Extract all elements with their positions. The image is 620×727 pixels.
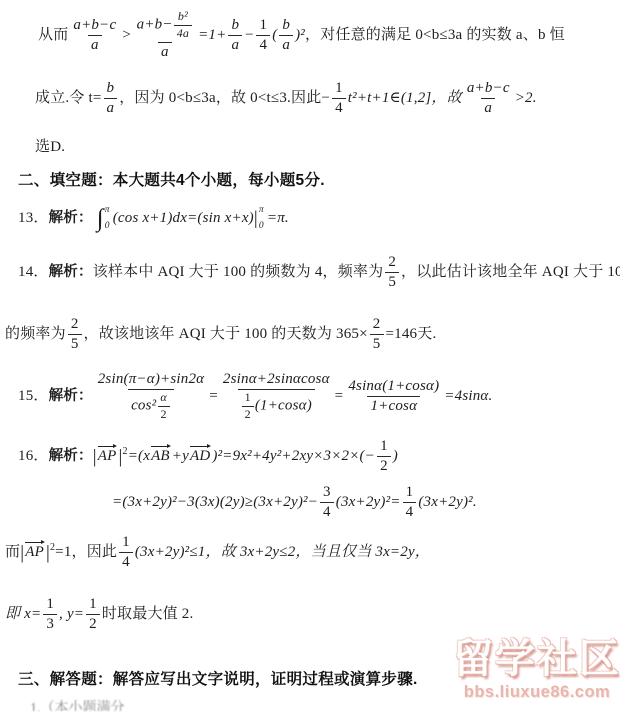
fraction: 12: [377, 438, 391, 476]
fraction: a+b−ca: [464, 80, 513, 118]
fraction: ba: [104, 80, 118, 118]
fraction: 2sin(π−α)+sin2αcos²α2: [95, 371, 208, 422]
solution-16-line-1: 16．解析：|AP|2=(xAB+yAD)²=9x²+4y²+2xy×3×2×(…: [18, 438, 398, 476]
vector-AD: AD: [190, 447, 210, 464]
cut-off-line: 1.（本小题满分: [30, 697, 360, 711]
fraction: 25: [385, 254, 399, 292]
integral-limits: π0: [105, 206, 110, 231]
text-run: 该样本中 AQI 大于 100 的频数为 4，频率为: [93, 264, 384, 280]
analysis-label: 解析：: [49, 388, 93, 404]
problem-number: 15．: [18, 388, 49, 404]
nested-fraction: 12: [242, 391, 254, 422]
answer-choice-line: 选D.: [35, 135, 65, 156]
text-run: 选D.: [35, 139, 65, 155]
text-run: 成立.令 t=: [35, 90, 102, 106]
solution-14-line-2: 的频率为25，故该地该年 AQI 大于 100 的天数为 365×25=146天…: [5, 316, 436, 354]
problem-number: 16．: [18, 448, 49, 464]
fraction: 14: [256, 17, 270, 55]
analysis-label: 解析：: [49, 210, 93, 226]
vector-AB: AB: [151, 447, 170, 464]
watermark: 留学社区 bbs.liuxue86.com: [452, 636, 620, 702]
nested-fraction: b²4a: [174, 10, 192, 41]
text-run: =1，因此: [55, 544, 117, 560]
watermark-url: bbs.liuxue86.com: [452, 683, 620, 702]
fraction: 14: [332, 80, 346, 118]
fraction: 34: [320, 484, 334, 522]
evaluation-limits: π0: [259, 206, 264, 231]
nested-fraction: α2: [157, 391, 170, 422]
text-run: 而: [5, 544, 20, 560]
fraction: 25: [370, 316, 384, 354]
vector-AP: AP: [98, 447, 117, 464]
text-run: 的频率为: [5, 326, 66, 342]
fraction: a+b−ca: [70, 17, 119, 55]
fraction: ba: [279, 17, 293, 55]
solution-14-line-1: 14．解析：该样本中 AQI 大于 100 的频数为 4，频率为25，以此估计该…: [18, 254, 620, 292]
solution-12-line-1: 从而a+b−ca>a+b−b²4aa=1+ba−14(ba)²，对任意的满足 0…: [38, 10, 565, 61]
evaluation-bar: |: [254, 208, 258, 229]
analysis-label: 解析：: [49, 448, 93, 464]
text-run: ，故该地该年 AQI 大于 100 的天数为 365×: [84, 326, 368, 342]
problem-number: 14．: [18, 264, 49, 280]
problem-number: 13．: [18, 210, 49, 226]
fraction: a+b−b²4aa: [134, 10, 196, 61]
fraction: 14: [119, 534, 133, 572]
fraction: 12: [86, 596, 100, 634]
fraction: 25: [68, 316, 82, 354]
watermark-logo: 留学社区: [452, 636, 620, 682]
fraction: 2sinα+2sinαcosα12(1+cosα): [220, 371, 333, 422]
text-run: =146天.: [386, 326, 437, 342]
fraction: 13: [43, 596, 57, 634]
section-3-header: 三、解答题：解答应写出文字说明，证明过程或演算步骤.: [18, 667, 418, 689]
fraction: 14: [403, 484, 417, 522]
fraction: 4sinα(1+cosα)1+cosα: [345, 378, 442, 416]
section-2-header: 二、填空题：本大题共4个小题，每小题5分.: [18, 168, 325, 190]
text-run: ，因为 0<b≤3a，故 0<t≤3.因此−: [119, 90, 330, 106]
solution-16-line-4: 即 x=13, y=12时取最大值 2.: [5, 596, 193, 634]
solution-12-line-2: 成立.令 t=ba，因为 0<b≤3a，故 0<t≤3.因此−14t²+t+1∈…: [35, 80, 537, 118]
text-run: ，以此估计该地全年 AQI 大于 100: [401, 264, 620, 280]
vector-AP: AP: [25, 543, 44, 560]
text-run: ，对任意的满足 0<b≤3a 的实数 a、b 恒: [305, 27, 565, 43]
integral-sign: ∫: [97, 205, 104, 232]
solution-13-line: 13．解析： ∫π0(cos x+1)dx=(sin x+x)|π0=π.: [18, 206, 289, 231]
analysis-label: 解析：: [49, 264, 93, 280]
fraction: ba: [228, 17, 242, 55]
text-run: 从而: [38, 27, 68, 43]
text-run: 时取最大值 2.: [102, 606, 194, 622]
solution-16-line-3: 而|AP|2=1，因此14(3x+2y)²≤1，故 3x+2y≤2，当且仅当 3…: [5, 534, 430, 572]
document-page: 从而a+b−ca>a+b−b²4aa=1+ba−14(ba)²，对任意的满足 0…: [0, 0, 620, 727]
solution-15-line: 15．解析：2sin(π−α)+sin2αcos²α2=2sinα+2sinαc…: [18, 371, 492, 422]
solution-16-line-2: =(3x+2y)²−3(3x)(2y)≥(3x+2y)²−34(3x+2y)²=…: [112, 484, 477, 522]
